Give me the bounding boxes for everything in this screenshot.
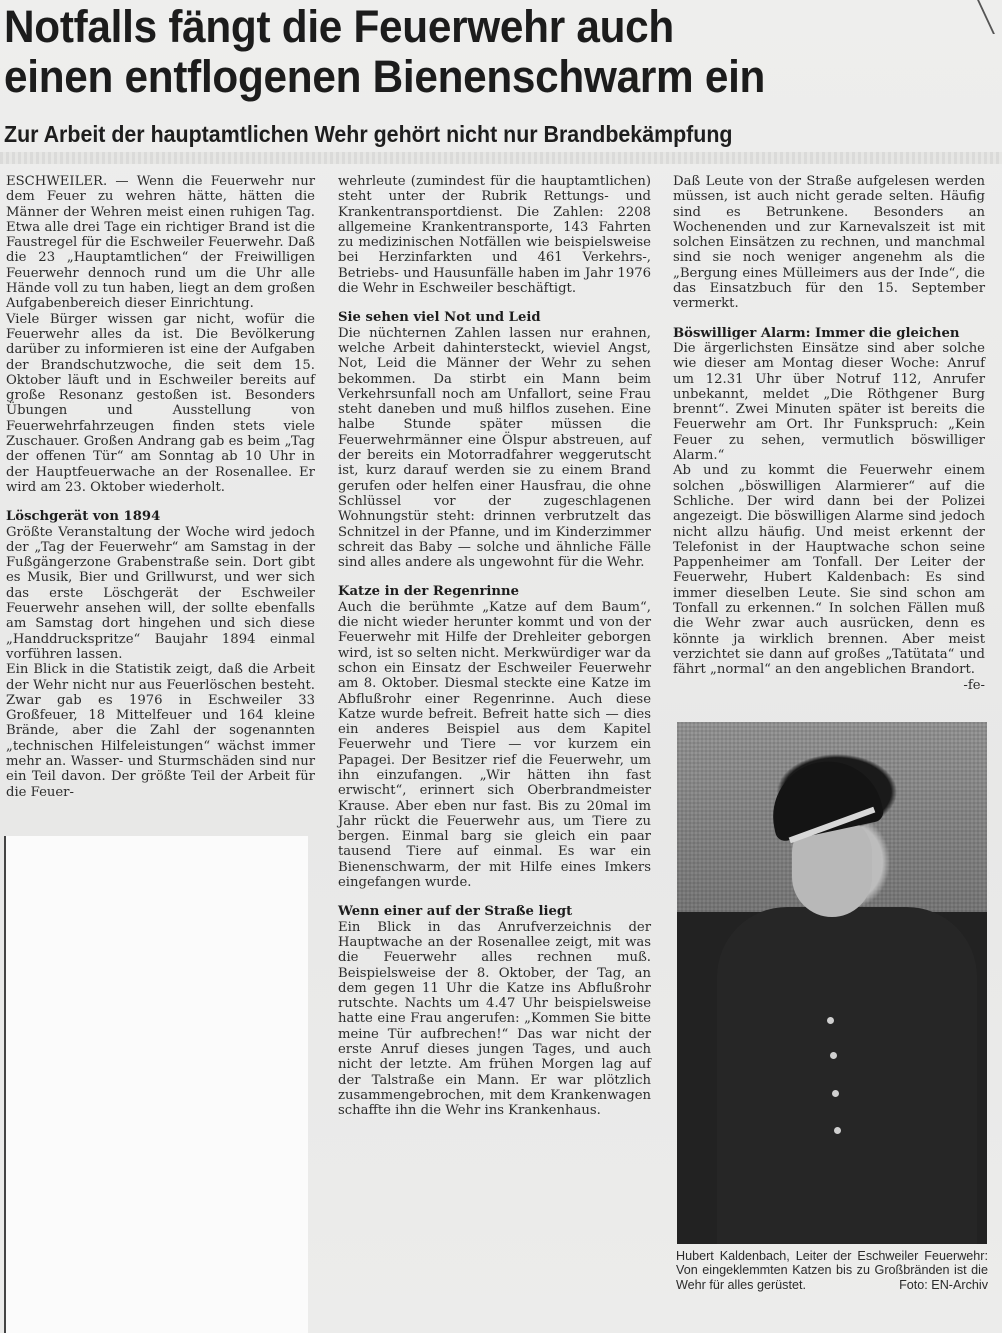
section-heading: Böswilliger Alarm: Immer die gleichen <box>673 326 985 341</box>
paragraph: ESCHWEILER. — Wenn die Feuerwehr nur dem… <box>6 174 315 312</box>
article-column-2: wehrleute (zumindest für die hauptamtlic… <box>338 174 651 1119</box>
paragraph: Die nüchternen Zahlen lassen nur erahnen… <box>338 326 651 571</box>
torn-edge-mark <box>947 0 995 34</box>
paragraph: Ein Blick in die Statistik zeigt, daß di… <box>6 662 315 800</box>
photo-credit: Foto: EN-Archiv <box>899 1278 988 1292</box>
headline: Notfalls fängt die Feuerwehr auch einen … <box>4 2 906 102</box>
spacer <box>338 570 651 584</box>
jacket-button <box>830 1052 837 1059</box>
photo-caption: Hubert Kaldenbach, Leiter der Eschweiler… <box>676 1249 988 1292</box>
headline-line-1: Notfalls fängt die Feuerwehr auch <box>4 2 906 52</box>
paragraph: Auch die berühmte „Katze auf dem Baum“, … <box>338 600 651 891</box>
jacket-button <box>834 1127 841 1134</box>
portrait-photo <box>677 722 987 1244</box>
uniform-jacket <box>717 907 977 1244</box>
paragraph: Die ärgerlichsten Einsätze sind aber sol… <box>673 341 985 463</box>
paragraph: Ein Blick in das Anrufverzeichnis der Ha… <box>338 920 651 1119</box>
paragraph: wehrleute (zumindest für die hauptamtlic… <box>338 174 651 296</box>
spacer <box>6 495 315 509</box>
paragraph: Daß Leute von der Straße aufgelesen werd… <box>673 174 985 312</box>
spacer <box>338 296 651 310</box>
headline-line-2: einen entflogenen Bienenschwarm ein <box>4 52 906 102</box>
subheadline: Zur Arbeit der hauptamtlichen Wehr gehör… <box>4 120 934 148</box>
spacer <box>673 312 985 326</box>
section-heading: Löschgerät von 1894 <box>6 509 315 524</box>
section-heading: Katze in der Regenrinne <box>338 584 651 599</box>
paragraph: Größte Veranstaltung der Woche wird jedo… <box>6 525 315 663</box>
jacket-button <box>832 1090 839 1097</box>
article-column-3: Daß Leute von der Straße aufgelesen werd… <box>673 174 985 693</box>
jacket-button <box>827 1017 834 1024</box>
section-heading: Wenn einer auf der Straße liegt <box>338 904 651 919</box>
paragraph: Viele Bürger wissen gar nicht, wofür die… <box>6 312 315 496</box>
section-heading: Sie sehen viel Not und Leid <box>338 310 651 325</box>
paragraph: Ab und zu kommt die Feuerwehr einem solc… <box>673 463 985 677</box>
article-column-1: ESCHWEILER. — Wenn die Feuerwehr nur dem… <box>6 174 315 800</box>
blank-paper-area <box>4 836 308 1333</box>
newspaper-clipping: Notfalls fängt die Feuerwehr auch einen … <box>0 0 1002 1333</box>
author-signature: -fe- <box>673 678 985 693</box>
divider <box>0 152 1002 164</box>
spacer <box>338 890 651 904</box>
